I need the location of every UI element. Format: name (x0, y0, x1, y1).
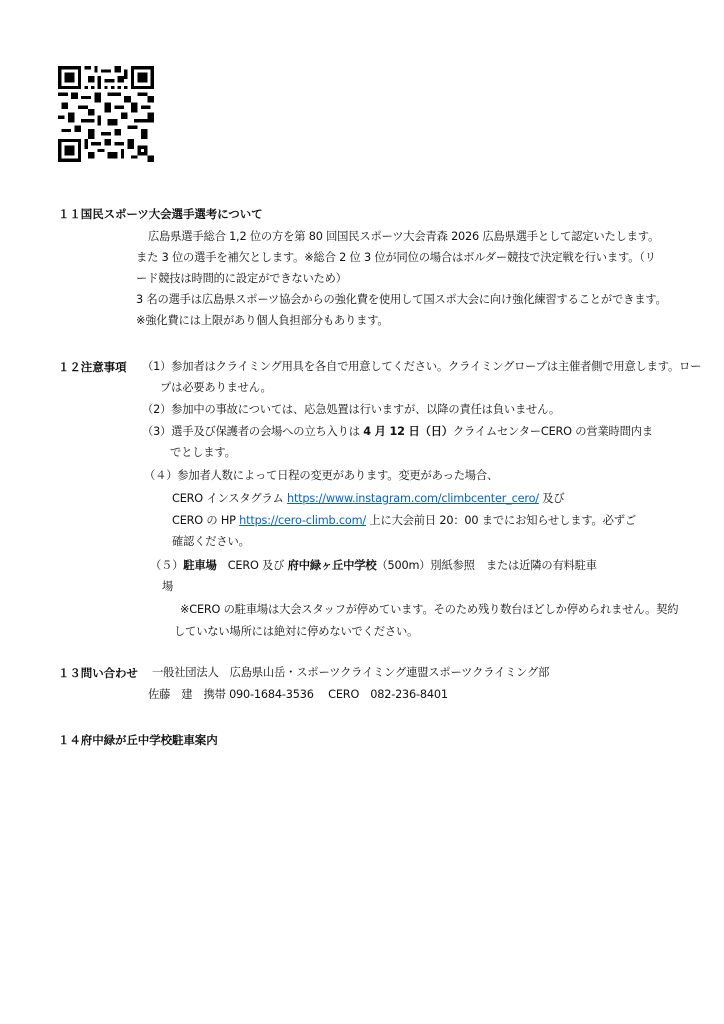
parking-note-line-2: していない場所には絶対に停めないでください。 (174, 625, 418, 639)
notice-item-3-line-2: でとします。 (170, 446, 236, 460)
instagram-label: CERO インスタグラム (172, 492, 287, 505)
section-11-line-2: また 3 位の選手を補欠とします。※総合 2 位 3 位が同位の場合はボルダー競… (136, 251, 656, 265)
notice-item-5-line-2: 場 (162, 580, 173, 594)
section-11-line-3: ード競技は時間的に設定ができないため） (136, 272, 347, 286)
notice-item-1-line-1: （1）参加者はクライミング用具を各自で用意してください。クライミングロープは主催… (142, 360, 701, 374)
instagram-post: 及び (539, 492, 565, 505)
section-12-heading: １２注意事項 (58, 360, 126, 374)
qr-code-image (58, 66, 154, 162)
section-11-line-5: ※強化費には上限があり個人負担部分もあります。 (136, 314, 389, 328)
parking-note-line-1: ※CERO の駐車場は大会スタッフが停めています。そのため残り数台ほどしか停めら… (180, 603, 678, 617)
notice-item-3-post: クライムセンターCERO の営業時間内ま (453, 425, 653, 438)
notice-item-5-line-1: （５）駐車場 CERO 及び 府中緑ヶ丘中学校（500m）別紙参照 または近隣の… (150, 559, 597, 573)
notice-item-3-pre: （3）選手及び保護者の会場への立ち入りは (142, 425, 363, 438)
contact-organization: 一般社団法人 広島県山岳・スポーツクライミング連盟スポーツクライミング部 (152, 666, 549, 680)
school-name: 府中緑ヶ丘中学校 (288, 559, 377, 572)
notice-item-4-line-4: 確認ください。 (172, 535, 250, 549)
notice-item-5-num: （５） (150, 559, 183, 572)
section-11-line-1: 広島県選手総合 1,2 位の方を第 80 回国民スポーツ大会青森 2026 広島… (148, 230, 659, 244)
notice-item-1-line-2: プは必要ありません。 (160, 381, 272, 395)
instagram-link[interactable]: https://www.instagram.com/climbcenter_ce… (287, 492, 539, 505)
notice-item-4-hp-line: CERO の HP https://cero-climb.com/ 上に大会前日… (172, 514, 636, 528)
section-11-heading: １１国民スポーツ大会選手選考について (58, 207, 263, 221)
notice-item-2: （2）参加中の事故については、応急処置は行いますが、以降の責任は負いません。 (142, 403, 560, 417)
hp-label: CERO の HP (172, 514, 239, 527)
hp-link[interactable]: https://cero-climb.com/ (239, 514, 366, 527)
notice-item-4-instagram-line: CERO インスタグラム https://www.instagram.com/c… (172, 492, 564, 506)
section-13-heading: １３問い合わせ (58, 666, 138, 680)
hp-post: 上に大会前日 20：00 までにお知らせします。必ずご (366, 514, 636, 527)
notice-item-5-post: （500m）別紙参照 または近隣の有料駐車 (376, 559, 596, 572)
notice-item-3-line-1: （3）選手及び保護者の会場への立ち入りは 4 月 12 日（日）クライムセンター… (142, 425, 653, 439)
section-11-line-4: 3 名の選手は広島県スポーツ協会からの強化費を使用して国スポ大会に向け強化練習す… (136, 293, 667, 307)
entry-date: 4 月 12 日（日） (363, 425, 453, 438)
notice-item-5-mid: CERO 及び (217, 559, 288, 572)
parking-label: 駐車場 (183, 559, 216, 572)
contact-phone: 佐藤 建 携帯 090-1684-3536 CERO 082-236-8401 (148, 688, 448, 702)
section-14-heading: １４府中緑が丘中学校駐車案内 (58, 733, 218, 747)
notice-item-4-line-1: （４）参加者人数によって日程の変更があります。変更があった場合、 (144, 469, 498, 483)
